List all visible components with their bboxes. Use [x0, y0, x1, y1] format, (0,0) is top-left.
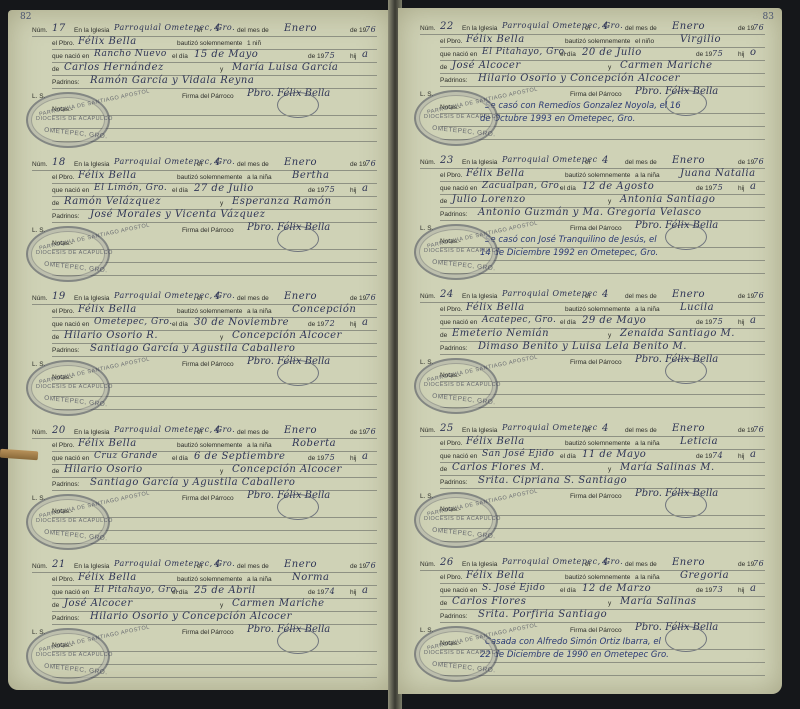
baptism-entry-24: Núm. 24 En la Iglesia Parroquial Ometepe… [400, 290, 772, 424]
label-num: Núm. [420, 159, 436, 166]
baptism-entry-23: Núm. 23 En la Iglesia Parroquial Ometepe… [400, 156, 772, 290]
label-born-in: que nació en [52, 187, 89, 194]
label-baptized: bautizó solemnemente [177, 576, 242, 583]
label-child: 1 niñ [247, 40, 261, 47]
label-child: a la niña [247, 308, 272, 315]
label-church: En la Iglesia [74, 27, 109, 34]
child-gender-suffix: a [750, 449, 756, 460]
birthplace: Rancho Nuevo [94, 49, 167, 59]
label-on-day: el día [560, 319, 576, 326]
label-child-of: hij [738, 51, 745, 58]
label-baptized: bautizó solemnemente [565, 172, 630, 179]
label-born-in: que nació en [52, 455, 89, 462]
label-godparents: Padrinos: [52, 347, 79, 354]
baptism-year: 76 [365, 427, 376, 436]
label-born-in: que nació en [440, 185, 477, 192]
label-godparents: Padrinos: [52, 481, 79, 488]
child-name: Concepción [292, 304, 356, 315]
child-name: Leticia [680, 436, 718, 447]
stamp-text-middle: DIOCESIS DE ACAPULCO [36, 116, 113, 122]
birth-year: 73 [712, 585, 723, 594]
label-and: y [220, 334, 223, 341]
label-child: a la niña [247, 576, 272, 583]
baptism-year: 76 [753, 559, 764, 568]
label-num: Núm. [32, 27, 48, 34]
stamp-text-bottom: OMETEPEC, GRO. [432, 125, 496, 139]
label-el: el [197, 295, 202, 302]
baptism-entry-26: Núm. 26 En la Iglesia Parroquial Ometepe… [400, 558, 772, 692]
priest-name: Félix Bella [78, 304, 137, 315]
label-child: a la niña [247, 442, 272, 449]
label-el: el [585, 25, 590, 32]
baptism-entry-19: Núm. 19 En la Iglesia Parroquial Ometepe… [12, 292, 384, 426]
label-child: a la niña [635, 574, 660, 581]
godparents-names: Dimaso Benito y Luisa Lela Benito M. [478, 341, 687, 352]
label-signature: Firma del Párroco [182, 361, 234, 368]
label-baptized: bautizó solemnemente [177, 442, 242, 449]
label-birth-year: de 19 [696, 51, 712, 58]
label-church: En la Iglesia [74, 563, 109, 570]
parish-seal-stamp: PARROQUIA DE SANTIAGO APOSTOL DIOCESIS D… [26, 494, 110, 550]
label-year: de 19 [350, 429, 366, 436]
birthplace: Cruz Grande [94, 451, 158, 461]
priest-name: Félix Bella [78, 572, 137, 583]
baptism-entry-25: Núm. 25 En la Iglesia Parroquial Ometepe… [400, 424, 772, 558]
notes-line-2: 22 de Diciembre de 1990 en Ometepec Gro. [480, 650, 669, 660]
birthplace: S. José Ejido [482, 583, 545, 593]
entry-number: 19 [52, 291, 66, 302]
label-num: Núm. [420, 25, 436, 32]
label-year: de 19 [738, 159, 754, 166]
baptism-month: Enero [284, 157, 317, 168]
label-church: En la Iglesia [74, 161, 109, 168]
birthplace: Ometepec, Gro. [94, 317, 173, 327]
label-year: de 19 [738, 427, 754, 434]
label-priest: el Pbro. [52, 576, 74, 583]
birth-year: 72 [324, 319, 335, 328]
mother-name: María Luisa García [232, 62, 338, 73]
label-month: del mes de [237, 429, 269, 436]
stamp-text-bottom: OMETEPEC, GRO. [44, 127, 108, 141]
stamp-text-middle: DIOCESIS DE ACAPULCO [36, 518, 113, 524]
label-birth-year: de 19 [308, 321, 324, 328]
godparents-names: Santiago García y Agustila Caballero [90, 477, 295, 488]
parish-seal-stamp: PARROQUIA DE SANTIAGO APOSTOL DIOCESIS D… [26, 360, 110, 416]
label-baptized: bautizó solemnemente [177, 308, 242, 315]
label-child: a la niña [247, 174, 272, 181]
father-name: Carlos Flores [452, 596, 526, 607]
bookmark-ribbon [0, 449, 38, 461]
label-church: En la Iglesia [462, 25, 497, 32]
label-on-day: el día [172, 589, 188, 596]
baptism-entry-22: Núm. 22 En la Iglesia Parroquial Ometepe… [400, 22, 772, 156]
label-signature: Firma del Párroco [182, 629, 234, 636]
label-child-of: hij [738, 319, 745, 326]
notes-line-1: Casada con Alfredo Simón Ortiz Ibarra, e… [485, 637, 661, 647]
label-month: del mes de [625, 25, 657, 32]
child-gender-suffix: a [362, 49, 368, 60]
label-baptized: bautizó solemnemente [565, 306, 630, 313]
notes-line-2: 14 de Diciembre 1992 en Ometepec, Gro. [480, 248, 658, 258]
baptism-year: 76 [753, 23, 764, 32]
label-on-day: el día [172, 187, 188, 194]
baptism-day: 4 [602, 557, 609, 568]
entry-number: 24 [440, 289, 454, 300]
mother-name: Carmen Mariche [232, 598, 325, 609]
parish-seal-stamp: PARROQUIA DE SANTIAGO APOSTOL DIOCESIS D… [26, 628, 110, 684]
label-year: de 19 [350, 563, 366, 570]
label-baptized: bautizó solemnemente [565, 440, 630, 447]
birthplace: El Pitahayo, Gro. [94, 585, 180, 595]
parish-seal-stamp: PARROQUIA DE SANTIAGO APOSTOL DIOCESIS D… [414, 90, 498, 146]
notes-line-2: de Octubre 1993 en Ometepec, Gro. [480, 114, 635, 124]
label-signature: Firma del Párroco [182, 495, 234, 502]
label-year: de 19 [350, 27, 366, 34]
page-number-left: 82 [20, 12, 31, 22]
label-baptized: bautizó solemnemente [177, 40, 242, 47]
father-name: Julio Lorenzo [452, 194, 526, 205]
label-born-in: que nació en [52, 589, 89, 596]
birth-date: 11 de Mayo [582, 449, 646, 460]
label-signature: Firma del Párroco [570, 359, 622, 366]
child-name: Roberta [292, 438, 336, 449]
label-child-of: hij [350, 455, 357, 462]
mother-name: Concepción Alcocer [232, 330, 342, 341]
baptism-day: 4 [214, 291, 221, 302]
label-child-of: hij [738, 185, 745, 192]
label-on-day: el día [172, 321, 188, 328]
priest-name: Félix Bella [466, 168, 525, 179]
father-name: Hilario Osorio R. [64, 330, 158, 341]
birth-date: 27 de Julio [194, 183, 254, 194]
entry-number: 22 [440, 21, 454, 32]
baptism-year: 76 [365, 293, 376, 302]
church-name: Parroquial Ometepec [502, 423, 598, 432]
child-gender-suffix: a [750, 583, 756, 594]
priest-name: Félix Bella [466, 302, 525, 313]
stamp-text-middle: DIOCESIS DE ACAPULCO [36, 250, 113, 256]
label-child: a la niña [635, 172, 660, 179]
left-page: 82 Núm. 17 En la Iglesia Parroquial Omet… [8, 10, 392, 690]
baptism-month: Enero [284, 23, 317, 34]
baptism-day: 4 [214, 157, 221, 168]
label-on-day: el día [560, 587, 576, 594]
label-born-in: que nació en [440, 587, 477, 594]
label-birth-year: de 19 [308, 589, 324, 596]
mother-name: Carmen Mariche [620, 60, 713, 71]
child-name: Bertha [292, 170, 329, 181]
priest-name: Félix Bella [466, 34, 525, 45]
child-gender-suffix: a [362, 585, 368, 596]
label-and: y [608, 198, 611, 205]
label-num: Núm. [32, 161, 48, 168]
father-name: Hilario Osorio [64, 464, 143, 475]
label-of: de [52, 602, 59, 609]
child-gender-suffix: a [750, 315, 756, 326]
mother-name: Concepción Alcocer [232, 464, 342, 475]
baptism-entry-17: Núm. 17 En la Iglesia Parroquial Ometepe… [12, 24, 384, 158]
church-name: Parroquial Ometepec [502, 289, 598, 298]
label-month: del mes de [625, 159, 657, 166]
baptism-year: 76 [365, 25, 376, 34]
baptism-month: Enero [284, 291, 317, 302]
godparents-names: Hilario Osorio y Concepción Alcocer [478, 73, 680, 84]
stamp-text-bottom: OMETEPEC, GRO. [432, 259, 496, 273]
label-and: y [608, 332, 611, 339]
label-month: del mes de [237, 295, 269, 302]
label-child-of: hij [738, 453, 745, 460]
label-and: y [220, 200, 223, 207]
baptism-month: Enero [284, 559, 317, 570]
entry-number: 25 [440, 423, 454, 434]
birth-year: 75 [324, 51, 335, 60]
label-el: el [585, 159, 590, 166]
label-year: de 19 [738, 25, 754, 32]
label-church: En la Iglesia [462, 293, 497, 300]
birth-date: 25 de Abril [194, 585, 256, 596]
label-child-of: hij [350, 321, 357, 328]
godparents-names: Hilario Osorio y Concepción Alcocer [90, 611, 292, 622]
parish-seal-stamp: PARROQUIA DE SANTIAGO APOSTOL DIOCESIS D… [26, 226, 110, 282]
entry-number: 17 [52, 23, 66, 34]
godparents-names: Ramón García y Vidala Reyna [90, 75, 254, 86]
label-child-of: hij [738, 587, 745, 594]
label-godparents: Padrinos: [440, 613, 467, 620]
label-birth-year: de 19 [308, 455, 324, 462]
baptism-year: 76 [365, 561, 376, 570]
label-year: de 19 [738, 561, 754, 568]
godparents-names: Srita. Cipriana S. Santiago [478, 475, 627, 486]
label-on-day: el día [560, 453, 576, 460]
baptism-day: 4 [602, 423, 609, 434]
label-month: del mes de [625, 561, 657, 568]
label-godparents: Padrinos: [440, 479, 467, 486]
label-church: En la Iglesia [462, 427, 497, 434]
label-godparents: Padrinos: [52, 615, 79, 622]
label-birth-year: de 19 [308, 53, 324, 60]
label-signature: Firma del Párroco [570, 627, 622, 634]
baptism-entry-18: Núm. 18 En la Iglesia Parroquial Ometepe… [12, 158, 384, 292]
birth-date: 20 de Julio [582, 47, 642, 58]
label-birth-year: de 19 [696, 453, 712, 460]
label-num: Núm. [420, 293, 436, 300]
label-on-day: el día [172, 53, 188, 60]
baptism-month: Enero [284, 425, 317, 436]
entry-number: 20 [52, 425, 66, 436]
label-church: En la Iglesia [74, 295, 109, 302]
label-godparents: Padrinos: [440, 345, 467, 352]
label-el: el [197, 27, 202, 34]
child-name: Gregoria [680, 570, 729, 581]
father-name: Emeterio Nemián [452, 328, 549, 339]
priest-name: Félix Bella [466, 570, 525, 581]
label-and: y [608, 466, 611, 473]
birth-year: 75 [712, 49, 723, 58]
label-el: el [585, 427, 590, 434]
birth-year: 75 [324, 185, 335, 194]
priest-name: Félix Bella [78, 438, 137, 449]
entry-number: 23 [440, 155, 454, 166]
birth-year: 75 [712, 317, 723, 326]
label-of: de [52, 66, 59, 73]
stamp-text-middle: DIOCESIS DE ACAPULCO [424, 248, 501, 254]
birthplace: El Pitahayo, Gro. [482, 47, 568, 57]
label-child-of: hij [350, 53, 357, 60]
label-baptized: bautizó solemnemente [177, 174, 242, 181]
label-and: y [608, 600, 611, 607]
stamp-text-middle: DIOCESIS DE ACAPULCO [424, 516, 501, 522]
label-of: de [52, 468, 59, 475]
label-child: a la niña [635, 440, 660, 447]
birth-date: 30 de Noviembre [194, 317, 289, 328]
label-signature: Firma del Párroco [182, 93, 234, 100]
godparents-names: Antonio Guzmán y Ma. Gregoria Velasco [478, 207, 702, 218]
label-num: Núm. [32, 295, 48, 302]
label-year: de 19 [738, 293, 754, 300]
label-on-day: el día [560, 185, 576, 192]
baptism-year: 76 [753, 157, 764, 166]
stamp-text-bottom: OMETEPEC, GRO. [44, 261, 108, 275]
label-and: y [220, 468, 223, 475]
parish-seal-stamp: PARROQUIA DE SANTIAGO APOSTOL DIOCESIS D… [414, 626, 498, 682]
label-born-in: que nació en [440, 51, 477, 58]
label-godparents: Padrinos: [52, 213, 79, 220]
label-on-day: el día [172, 455, 188, 462]
label-of: de [440, 466, 447, 473]
label-month: del mes de [237, 161, 269, 168]
label-of: de [440, 64, 447, 71]
label-year: de 19 [350, 161, 366, 168]
baptism-day: 4 [214, 559, 221, 570]
entry-number: 21 [52, 559, 66, 570]
parish-seal-stamp: PARROQUIA DE SANTIAGO APOSTOL DIOCESIS D… [414, 224, 498, 280]
child-gender-suffix: o [750, 47, 757, 58]
label-priest: el Pbro. [52, 174, 74, 181]
baptism-month: Enero [672, 155, 705, 166]
stamp-text-bottom: OMETEPEC, GRO. [432, 661, 496, 675]
page-number-right: 83 [763, 12, 774, 22]
birthplace: El Limón, Gro. [94, 183, 167, 193]
label-num: Núm. [420, 427, 436, 434]
label-priest: el Pbro. [440, 574, 462, 581]
label-num: Núm. [420, 561, 436, 568]
entry-number: 18 [52, 157, 66, 168]
label-born-in: que nació en [440, 319, 477, 326]
father-name: Carlos Hernández [64, 62, 164, 73]
father-name: José Alcocer [452, 60, 521, 71]
label-month: del mes de [237, 563, 269, 570]
mother-name: María Salinas [620, 596, 697, 607]
label-el: el [197, 563, 202, 570]
father-name: Carlos Flores M. [452, 462, 545, 473]
birth-date: 15 de Mayo [194, 49, 258, 60]
label-of: de [52, 200, 59, 207]
birth-date: 12 de Agosto [582, 181, 654, 192]
label-num: Núm. [32, 563, 48, 570]
child-gender-suffix: a [362, 451, 368, 462]
label-birth-year: de 19 [696, 185, 712, 192]
baptism-month: Enero [672, 289, 705, 300]
label-child: a la niña [635, 306, 660, 313]
label-child-of: hij [350, 589, 357, 596]
label-priest: el Pbro. [440, 306, 462, 313]
label-child: el niño [635, 38, 654, 45]
birth-date: 29 de Mayo [582, 315, 646, 326]
baptism-month: Enero [672, 557, 705, 568]
label-church: En la Iglesia [462, 159, 497, 166]
label-birth-year: de 19 [696, 587, 712, 594]
baptism-year: 76 [753, 425, 764, 434]
label-year: de 19 [350, 295, 366, 302]
label-child-of: hij [350, 187, 357, 194]
child-name: Norma [292, 572, 330, 583]
label-and: y [220, 602, 223, 609]
godparents-names: José Morales y Vicenta Vázquez [90, 209, 265, 220]
baptism-day: 4 [214, 425, 221, 436]
stamp-text-bottom: OMETEPEC, GRO. [432, 393, 496, 407]
label-priest: el Pbro. [440, 172, 462, 179]
child-gender-suffix: a [362, 183, 368, 194]
child-name: Lucila [680, 302, 714, 313]
label-priest: el Pbro. [52, 442, 74, 449]
baptism-day: 4 [602, 155, 609, 166]
godparents-names: Srita. Porfiria Santiago [478, 609, 607, 620]
label-priest: el Pbro. [52, 308, 74, 315]
label-el: el [585, 293, 590, 300]
baptism-month: Enero [672, 21, 705, 32]
label-priest: el Pbro. [440, 440, 462, 447]
baptism-year: 76 [365, 159, 376, 168]
notes-line-1: Se casó con José Tranquilino de Jesús, e… [485, 235, 657, 245]
stamp-text-bottom: OMETEPEC, GRO. [432, 527, 496, 541]
stamp-text-middle: DIOCESIS DE ACAPULCO [424, 382, 501, 388]
baptism-month: Enero [672, 423, 705, 434]
birthplace: Zacualpan, Gro. [482, 181, 562, 191]
label-priest: el Pbro. [440, 38, 462, 45]
church-name: Parroquial Ometepec [502, 155, 598, 164]
label-born-in: que nació en [52, 53, 89, 60]
stamp-text-middle: DIOCESIS DE ACAPULCO [36, 652, 113, 658]
stamp-text-bottom: OMETEPEC, GRO. [44, 663, 108, 677]
label-on-day: el día [560, 51, 576, 58]
father-name: José Alcocer [64, 598, 133, 609]
birth-year: 74 [324, 587, 335, 596]
label-of: de [440, 600, 447, 607]
father-name: Ramón Velázquez [64, 196, 161, 207]
child-name: Juana Natalia [680, 168, 756, 179]
birth-year: 75 [712, 183, 723, 192]
baptism-day: 4 [214, 23, 221, 34]
baptism-year: 76 [753, 291, 764, 300]
baptism-entry-21: Núm. 21 En la Iglesia Parroquial Ometepe… [12, 560, 384, 694]
birth-year: 74 [712, 451, 723, 460]
label-godparents: Padrinos: [440, 77, 467, 84]
godparents-names: Santiago García y Agustila Caballero [90, 343, 295, 354]
label-and: y [608, 64, 611, 71]
label-of: de [440, 332, 447, 339]
label-el: el [197, 429, 202, 436]
child-gender-suffix: a [362, 317, 368, 328]
birthplace: San José Ejido [482, 449, 554, 459]
label-of: de [52, 334, 59, 341]
label-num: Núm. [32, 429, 48, 436]
label-of: de [440, 198, 447, 205]
child-gender-suffix: a [750, 181, 756, 192]
label-church: En la Iglesia [462, 561, 497, 568]
label-month: del mes de [625, 427, 657, 434]
baptism-day: 4 [602, 21, 609, 32]
stamp-text-middle: DIOCESIS DE ACAPULCO [424, 114, 501, 120]
